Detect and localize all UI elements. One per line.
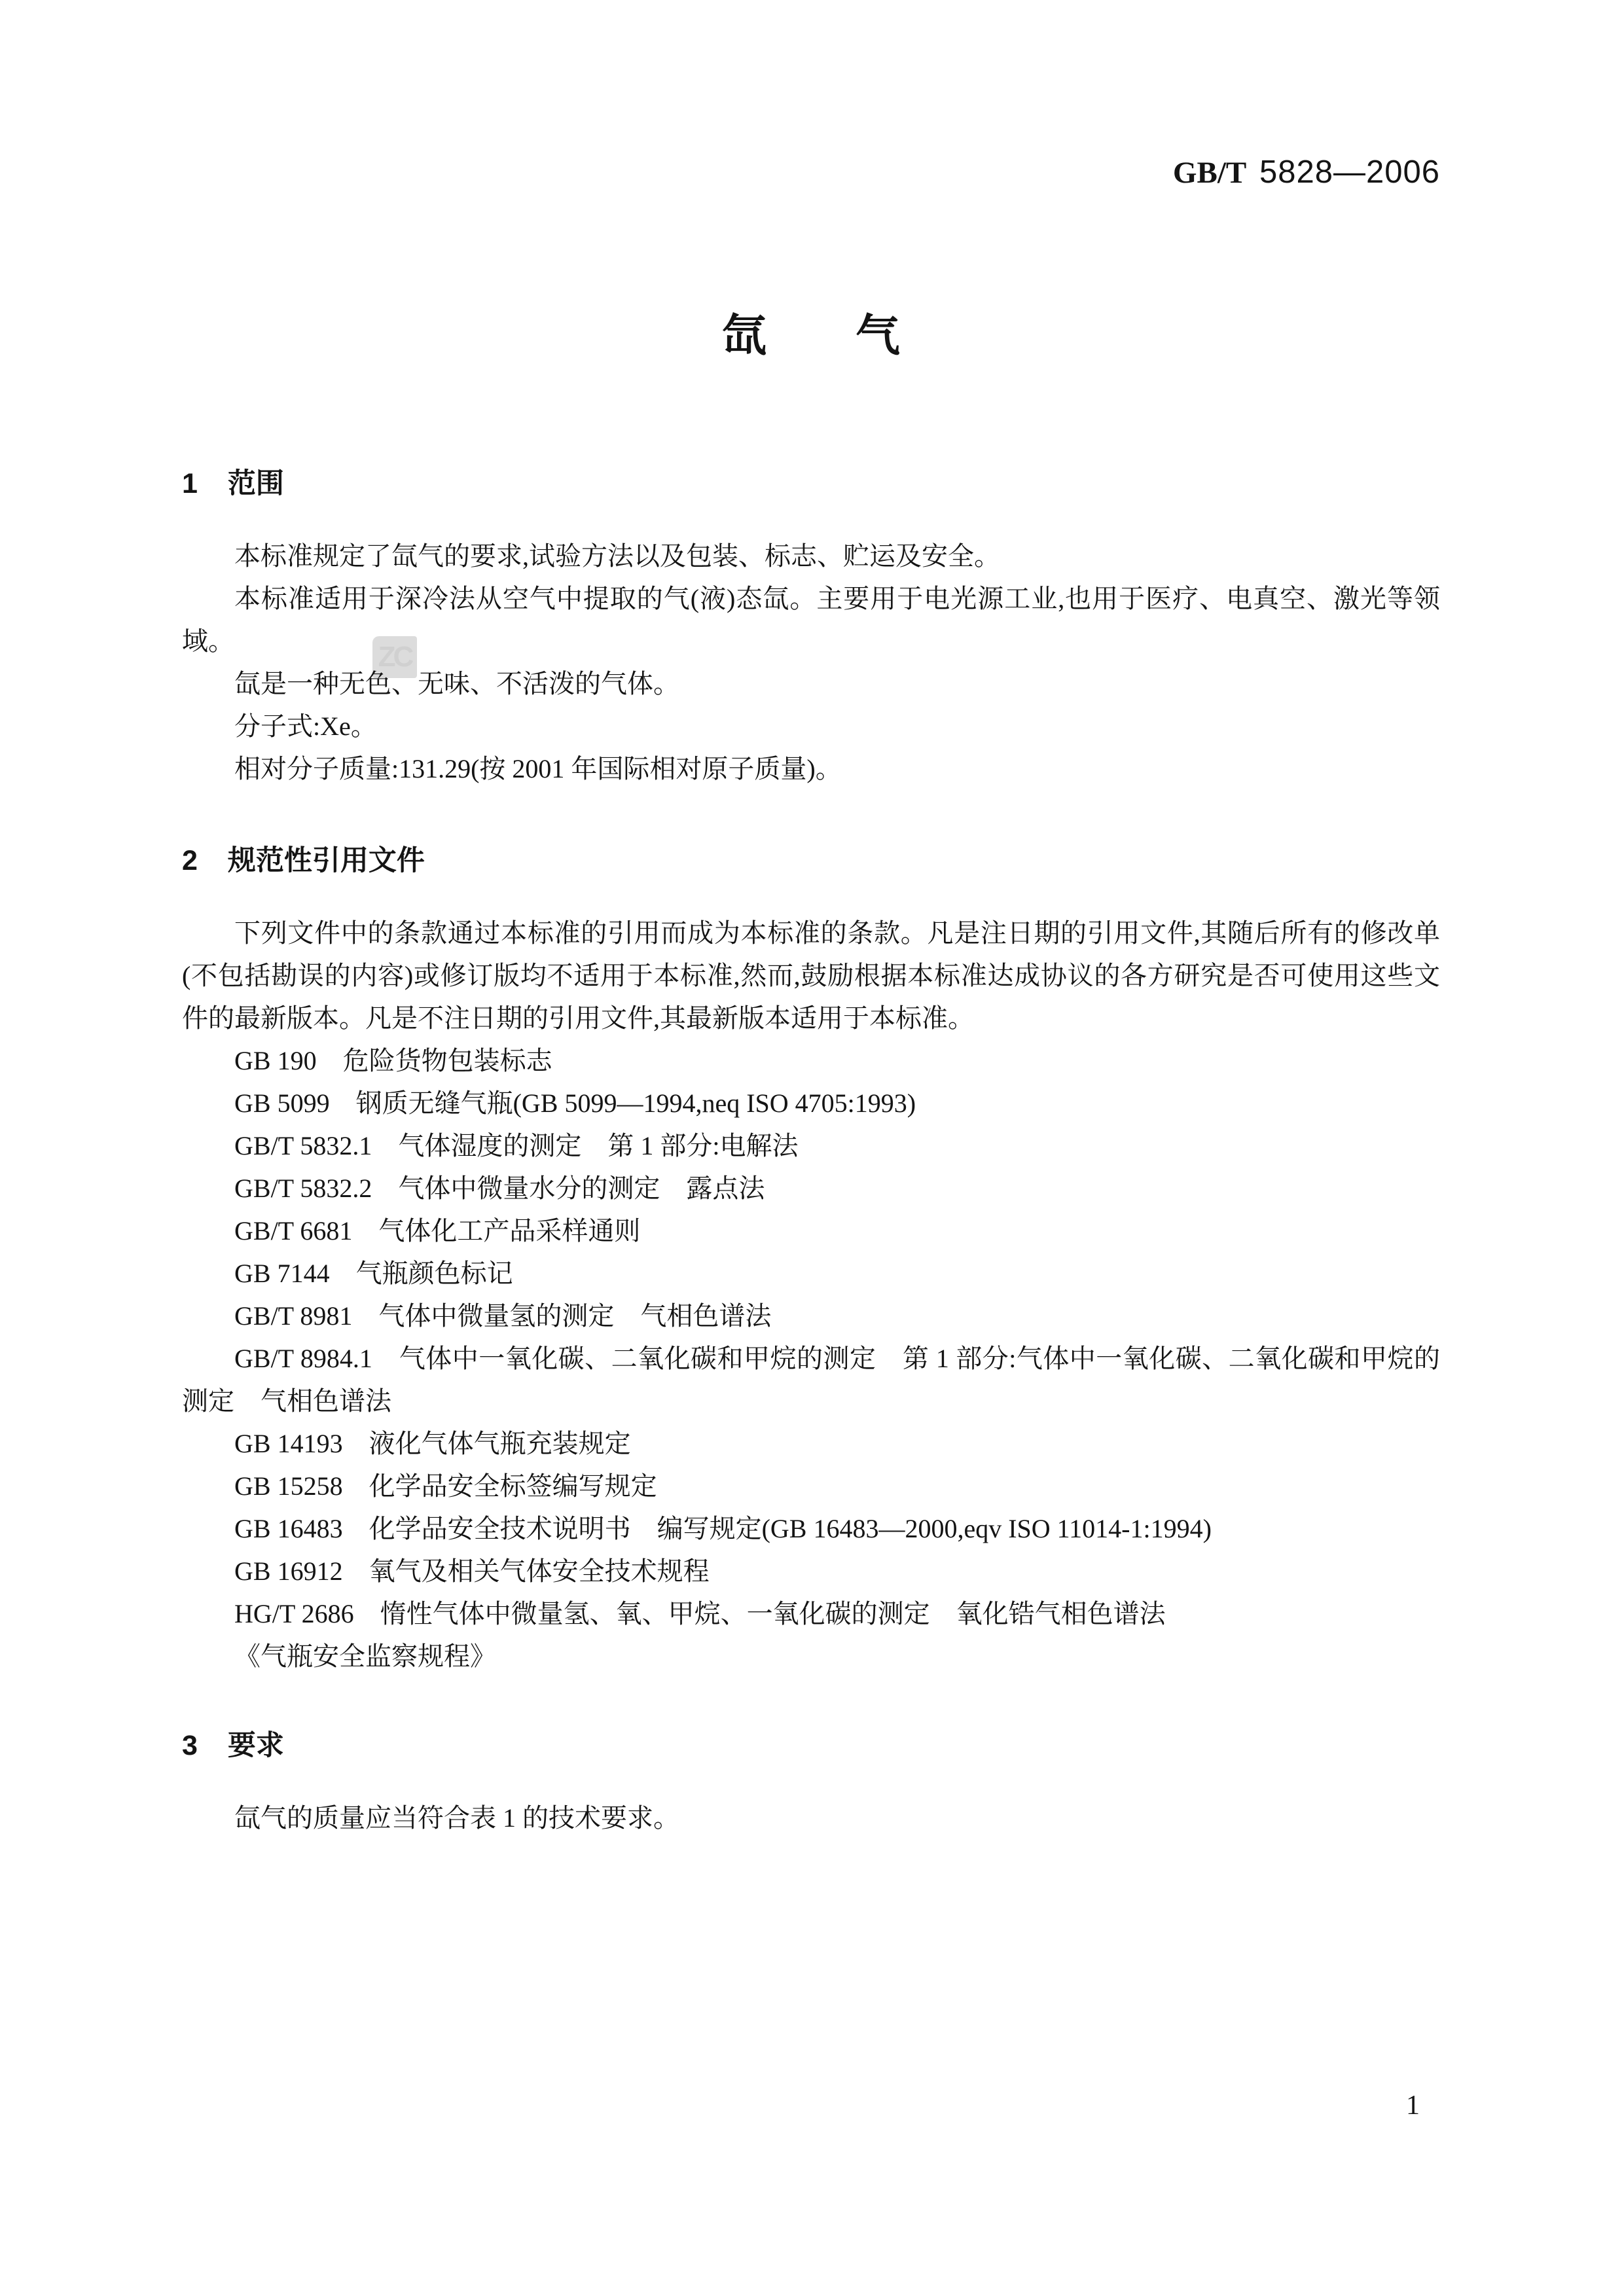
standard-code-prefix: GB/T — [1173, 156, 1246, 190]
document-page: ZC GB/T 5828—2006 氙 气 1 范围 本标准规定了氙气的要求,试… — [0, 0, 1624, 2296]
paragraph: 相对分子质量:131.29(按 2001 年国际相对原子质量)。 — [182, 747, 1440, 790]
reference-entry: GB 190 危险货物包装标志 — [182, 1039, 1440, 1082]
reference-entry: GB 5099 钢质无缝气瓶(GB 5099—1994,neq ISO 4705… — [182, 1082, 1440, 1124]
section-2-references: GB 190 危险货物包装标志GB 5099 钢质无缝气瓶(GB 5099—19… — [182, 1039, 1440, 1677]
paragraph: 分子式:Xe。 — [182, 705, 1440, 747]
section-2-intro-block: 下列文件中的条款通过本标准的引用而成为本标准的条款。凡是注日期的引用文件,其随后… — [182, 912, 1440, 1039]
paragraph: 本标准规定了氙气的要求,试验方法以及包装、标志、贮运及安全。 — [182, 535, 1440, 577]
paragraph: 氙是一种无色、无味、不活泼的气体。 — [182, 662, 1440, 705]
section-1-number: 1 — [182, 465, 198, 502]
reference-entry: GB/T 8981 气体中微量氢的测定 气相色谱法 — [182, 1295, 1440, 1337]
standard-code-number: 5828—2006 — [1259, 154, 1440, 190]
section-1-paragraphs: 本标准规定了氙气的要求,试验方法以及包装、标志、贮运及安全。本标准适用于深冷法从… — [182, 535, 1440, 790]
standard-code-header: GB/T 5828—2006 — [182, 152, 1440, 200]
paragraph: 氙气的质量应当符合表 1 的技术要求。 — [182, 1797, 1440, 1839]
reference-entry: GB 14193 液化气体气瓶充装规定 — [182, 1422, 1440, 1465]
section-2-number: 2 — [182, 842, 198, 879]
reference-entry: GB/T 5832.1 气体湿度的测定 第 1 部分:电解法 — [182, 1124, 1440, 1167]
reference-entry: HG/T 2686 惰性气体中微量氢、氧、甲烷、一氧化碳的测定 氧化锆气相色谱法 — [182, 1592, 1440, 1635]
page-content: GB/T 5828—2006 氙 气 1 范围 本标准规定了氙气的要求,试验方法… — [182, 152, 1440, 1839]
section-3-title: 要求 — [228, 1727, 284, 1764]
section-3-number: 3 — [182, 1727, 198, 1764]
reference-entry: GB 16912 氧气及相关气体安全技术规程 — [182, 1550, 1440, 1592]
reference-entry: GB/T 6681 气体化工产品采样通则 — [182, 1210, 1440, 1252]
reference-entry: GB 16483 化学品安全技术说明书 编写规定(GB 16483—2000,e… — [182, 1507, 1440, 1550]
section-2-heading: 2 规范性引用文件 — [182, 842, 1440, 879]
section-2-title: 规范性引用文件 — [228, 842, 425, 879]
document-title: 氙 气 — [182, 310, 1440, 362]
paragraph: 本标准适用于深冷法从空气中提取的气(液)态氙。主要用于电光源工业,也用于医疗、电… — [182, 577, 1440, 662]
reference-entry: GB/T 8984.1 气体中一氧化碳、二氧化碳和甲烷的测定 第 1 部分:气体… — [182, 1337, 1440, 1422]
standard-code-space — [1249, 156, 1257, 190]
section-2-intro: 下列文件中的条款通过本标准的引用而成为本标准的条款。凡是注日期的引用文件,其随后… — [182, 912, 1440, 1039]
reference-entry: GB 7144 气瓶颜色标记 — [182, 1252, 1440, 1295]
section-3-paragraphs: 氙气的质量应当符合表 1 的技术要求。 — [182, 1797, 1440, 1839]
reference-entry: GB/T 5832.2 气体中微量水分的测定 露点法 — [182, 1167, 1440, 1210]
section-1-heading: 1 范围 — [182, 465, 1440, 502]
reference-entry: GB 15258 化学品安全标签编写规定 — [182, 1465, 1440, 1507]
reference-entry: 《气瓶安全监察规程》 — [182, 1635, 1440, 1677]
section-1-title: 范围 — [228, 465, 284, 502]
page-number: 1 — [1406, 2089, 1420, 2122]
section-3-heading: 3 要求 — [182, 1727, 1440, 1764]
